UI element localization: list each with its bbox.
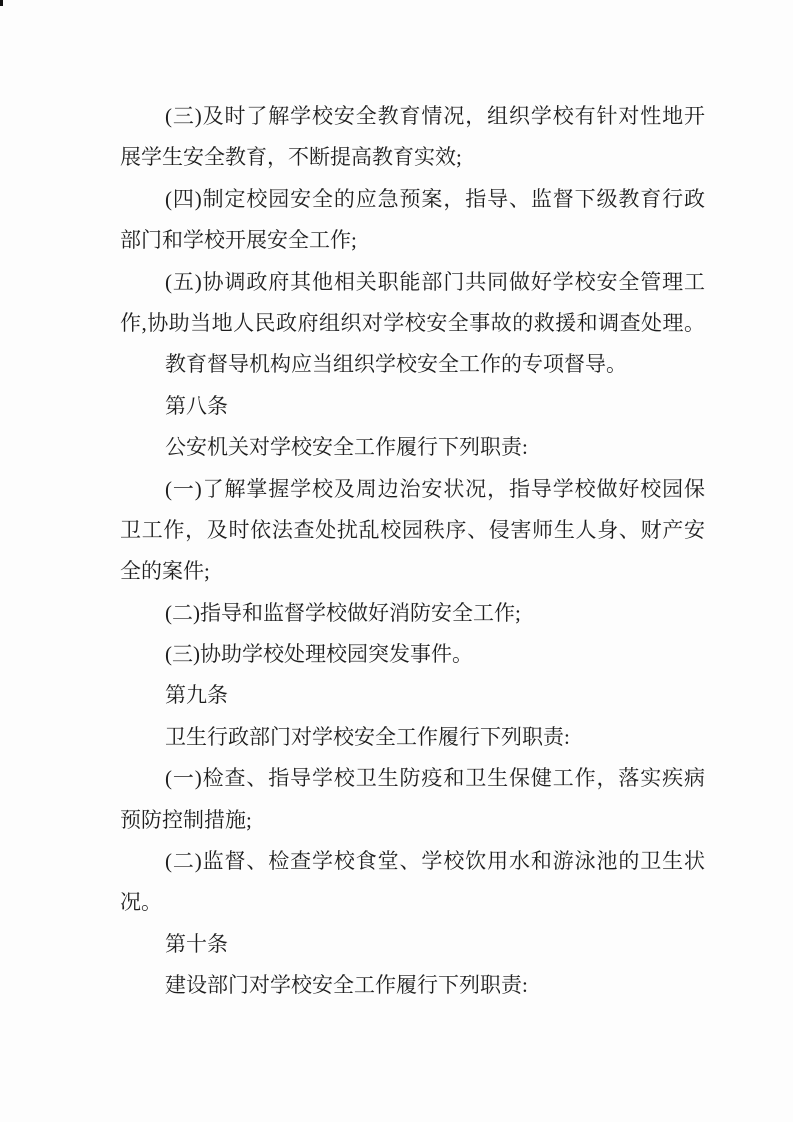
text-line: 第九条 <box>120 675 705 716</box>
text-line: 建设部门对学校安全工作履行下列职责: <box>120 965 705 1006</box>
text-line: 教育督导机构应当组织学校安全工作的专项督导。 <box>120 344 705 385</box>
document-body: (三)及时了解学校安全教育情况，组织学校有针对性地开展学生安全教育，不断提高教育… <box>120 96 705 1007</box>
text-line: (一)检查、指导学校卫生防疫和卫生保健工作，落实疾病 <box>120 758 705 799</box>
text-line: (三)及时了解学校安全教育情况，组织学校有针对性地开 <box>120 96 705 137</box>
text-line: (一)了解掌握学校及周边治安状况，指导学校做好校园保 <box>120 469 705 510</box>
text-line: 展学生安全教育，不断提高教育实效; <box>120 137 705 178</box>
text-line: (三)协助学校处理校园突发事件。 <box>120 634 705 675</box>
text-line: 公安机关对学校安全工作履行下列职责: <box>120 427 705 468</box>
text-line: 况。 <box>120 882 705 923</box>
text-line: (五)协调政府其他相关职能部门共同做好学校安全管理工 <box>120 262 705 303</box>
text-line: 部门和学校开展安全工作; <box>120 220 705 261</box>
text-line: 预防控制措施; <box>120 800 705 841</box>
text-line: 第十条 <box>120 924 705 965</box>
text-line: 第八条 <box>120 386 705 427</box>
text-line: 卫工作，及时依法查处扰乱校园秩序、侵害师生人身、财产安 <box>120 510 705 551</box>
text-line: (二)监督、检查学校食堂、学校饮用水和游泳池的卫生状 <box>120 841 705 882</box>
text-line: 卫生行政部门对学校安全工作履行下列职责: <box>120 717 705 758</box>
corner-scan-artifact <box>0 0 3 6</box>
text-line: (二)指导和监督学校做好消防安全工作; <box>120 593 705 634</box>
text-line: 作,协助当地人民政府组织对学校安全事故的救援和调查处理。 <box>120 303 705 344</box>
document-page: (三)及时了解学校安全教育情况，组织学校有针对性地开展学生安全教育，不断提高教育… <box>0 0 793 1122</box>
text-line: 全的案件; <box>120 551 705 592</box>
text-line: (四)制定校园安全的应急预案，指导、监督下级教育行政 <box>120 179 705 220</box>
